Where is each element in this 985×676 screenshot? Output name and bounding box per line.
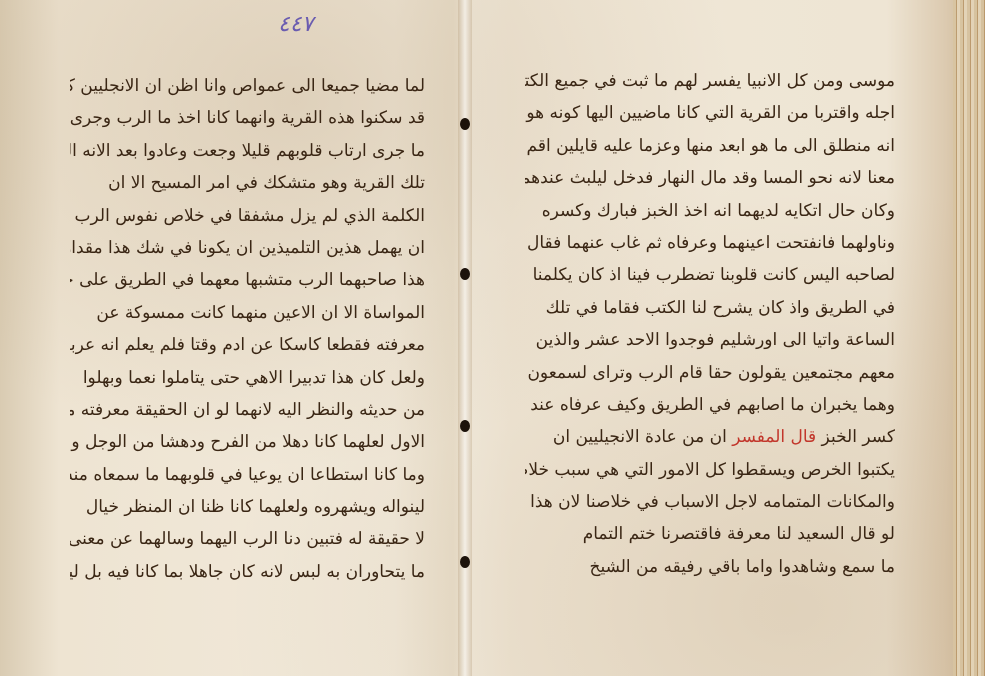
text-line: لصاحبه اليس كانت قلوبنا تضطرب فينا اذ كا… (525, 259, 895, 291)
text-line: ما جرى ارتاب قلوبهم قليلا وجعت وعادوا بع… (70, 135, 425, 167)
text-line: معهم مجتمعين يقولون حقا قام الرب وتراى ل… (525, 357, 895, 389)
text-line: وكان حال اتكايه لديهما انه اخذ الخبز فبا… (525, 195, 895, 227)
text-line: الاول لعلهما كانا دهلا من الفرح ودهشا من… (70, 426, 425, 458)
text-line: انه منطلق الى ما هو ابعد منها وعزما عليه… (525, 130, 895, 162)
text-line: من حديثه والنظر اليه لانهما لو ان الحقيق… (70, 394, 425, 426)
text-line: يكتبوا الخرص ويسقطوا كل الامور التي هي س… (525, 454, 895, 486)
text-line: الكلمة الذي لم يزل مشفقا في خلاص نفوس ال… (70, 200, 425, 232)
text-line: ان يهمل هذين التلميذين ان يكونا في شك هذ… (70, 232, 425, 264)
right-page: موسى ومن كل الانبيا يفسر لهم ما ثبت في ج… (470, 0, 985, 676)
text-line: ما سمع وشاهدوا واما باقي رفيقه من الشيخ (525, 551, 895, 583)
text-line-with-rubric: كسر الخبز قال المفسر ان من عادة الانجيلي… (525, 421, 895, 453)
text-line: في الطريق واذ كان يشرح لنا الكتب فقاما ف… (525, 292, 895, 324)
text-line: قد سكنوا هذه القرية وانهما كانا اخذ ما ا… (70, 102, 425, 134)
text-line: معرفته فقطعا كاسكا عن ادم وقتا فلم يعلم … (70, 329, 425, 361)
text-line: لما مضيا جميعا الى عمواص وانا اظن ان الا… (70, 70, 425, 102)
text-line: اجله واقتربا من القرية التي كانا ماضيين … (525, 97, 895, 129)
text-line: الساعة واتيا الى اورشليم فوجدوا الاحد عش… (525, 324, 895, 356)
text-line: وناولهما فانفتحت اعينهما وعرفاه ثم غاب ع… (525, 227, 895, 259)
rubric-text: قال المفسر (732, 427, 816, 447)
text-line: لو قال السعيد لنا معرفة فاقتصرنا ختم الت… (525, 518, 895, 550)
text-line: المواساة الا ان الاعين منهما كانت ممسوكة… (70, 297, 425, 329)
sewing-hole (460, 556, 470, 568)
text-line: تلك القرية وهو متشكك في امر المسيح الا ا… (70, 167, 425, 199)
text-line: ما يتحاوران به لبس لانه كان جاهلا بما كا… (70, 556, 425, 588)
page-edges (953, 0, 985, 676)
text-line: هذا صاحبهما الرب متشبها معهما في الطريق … (70, 264, 425, 296)
text-line: معنا لانه نحو المسا وقد مال النهار فدخل … (525, 162, 895, 194)
text-line: لينواله ويشهروه ولعلهما كانا ظنا ان المن… (70, 491, 425, 523)
right-page-text: موسى ومن كل الانبيا يفسر لهم ما ثبت في ج… (525, 65, 895, 583)
folio-number: ٤٤٧ (278, 12, 313, 37)
text-line: وهما يخبران ما اصابهم في الطريق وكيف عرف… (525, 389, 895, 421)
left-page: ٤٤٧ لما مضيا جميعا الى عمواص وانا اظن ان… (0, 0, 470, 676)
manuscript-photo: ٤٤٧ لما مضيا جميعا الى عمواص وانا اظن ان… (0, 0, 985, 676)
text-line: وما كانا استطاعا ان يوعيا في قلوبهما ما … (70, 459, 425, 491)
text-line: ولعل كان هذا تدبيرا الاهي حتى يتاملوا نع… (70, 362, 425, 394)
text-line: موسى ومن كل الانبيا يفسر لهم ما ثبت في ج… (525, 65, 895, 97)
sewing-hole (460, 118, 470, 130)
text-line: لا حقيقة له فتبين دنا الرب اليهما وسالهم… (70, 523, 425, 555)
text-line: والمكانات المتمامه لاجل الاسباب في خلاصن… (525, 486, 895, 518)
sewing-hole (460, 268, 470, 280)
left-page-text: لما مضيا جميعا الى عمواص وانا اظن ان الا… (70, 70, 425, 588)
sewing-hole (460, 420, 470, 432)
